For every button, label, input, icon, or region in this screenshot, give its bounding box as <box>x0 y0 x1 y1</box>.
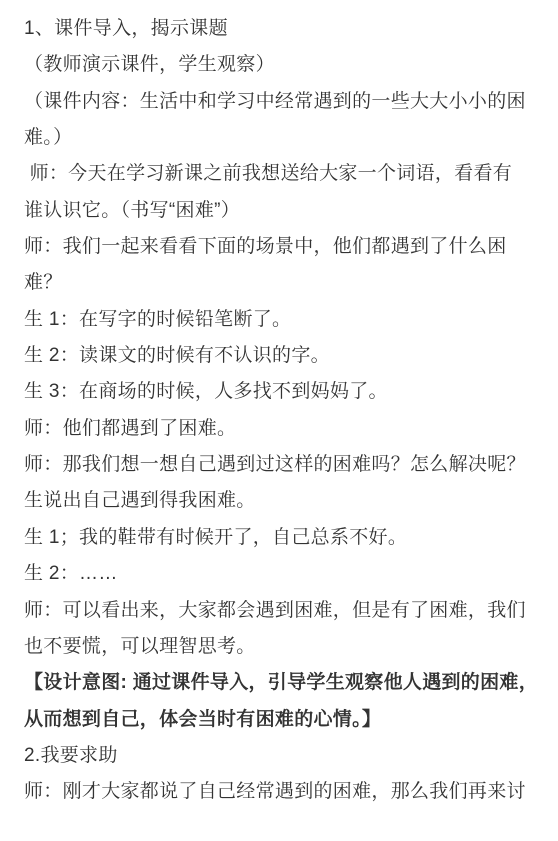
text-line: 师：刚才大家都说了自己经常遇到的困难，那么我们再来讨 <box>24 774 540 810</box>
text-line: 2.我要求助 <box>24 738 540 774</box>
text-line: 生 1：在写字的时候铅笔断了。 <box>24 302 540 338</box>
text-line: 难？ <box>24 265 540 301</box>
text-line: 生说出自己遇到得我困难。 <box>24 483 540 519</box>
text-line: 生 2：读课文的时候有不认识的字。 <box>24 338 540 374</box>
text-line: 生 1；我的鞋带有时候开了，自己总系不好。 <box>24 520 540 556</box>
text-line: 从而想到自己，体会当时有困难的心情。】 <box>24 702 540 738</box>
text-line: 师：那我们想一想自己遇到过这样的困难吗？怎么解决呢？ <box>24 447 540 483</box>
text-line: 生 2：…… <box>24 556 540 592</box>
text-line: 师：我们一起来看看下面的场景中，他们都遇到了什么困 <box>24 229 540 265</box>
text-line: 1、课件导入，揭示课题 <box>24 11 540 47</box>
text-line: （教师演示课件，学生观察） <box>24 47 540 83</box>
text-line: 生 3：在商场的时候，人多找不到妈妈了。 <box>24 374 540 410</box>
text-line: （课件内容：生活中和学习中经常遇到的一些大大小小的困 <box>24 84 540 120</box>
text-line: 师：可以看出来，大家都会遇到困难，但是有了困难，我们 <box>24 593 540 629</box>
text-line: 谁认识它。（书写“困难”） <box>24 193 540 229</box>
text-line: 也不要慌，可以理智思考。 <box>24 629 540 665</box>
text-line: 难。） <box>24 120 540 156</box>
document-page: 1、课件导入，揭示课题（教师演示课件，学生观察）（课件内容：生活中和学习中经常遇… <box>0 0 558 841</box>
text-line: 【设计意图: 通过课件导入，引导学生观察他人遇到的困难， <box>24 665 540 701</box>
text-line: 师：今天在学习新课之前我想送给大家一个词语，看看有 <box>24 156 540 192</box>
text-line: 师：他们都遇到了困难。 <box>24 411 540 447</box>
